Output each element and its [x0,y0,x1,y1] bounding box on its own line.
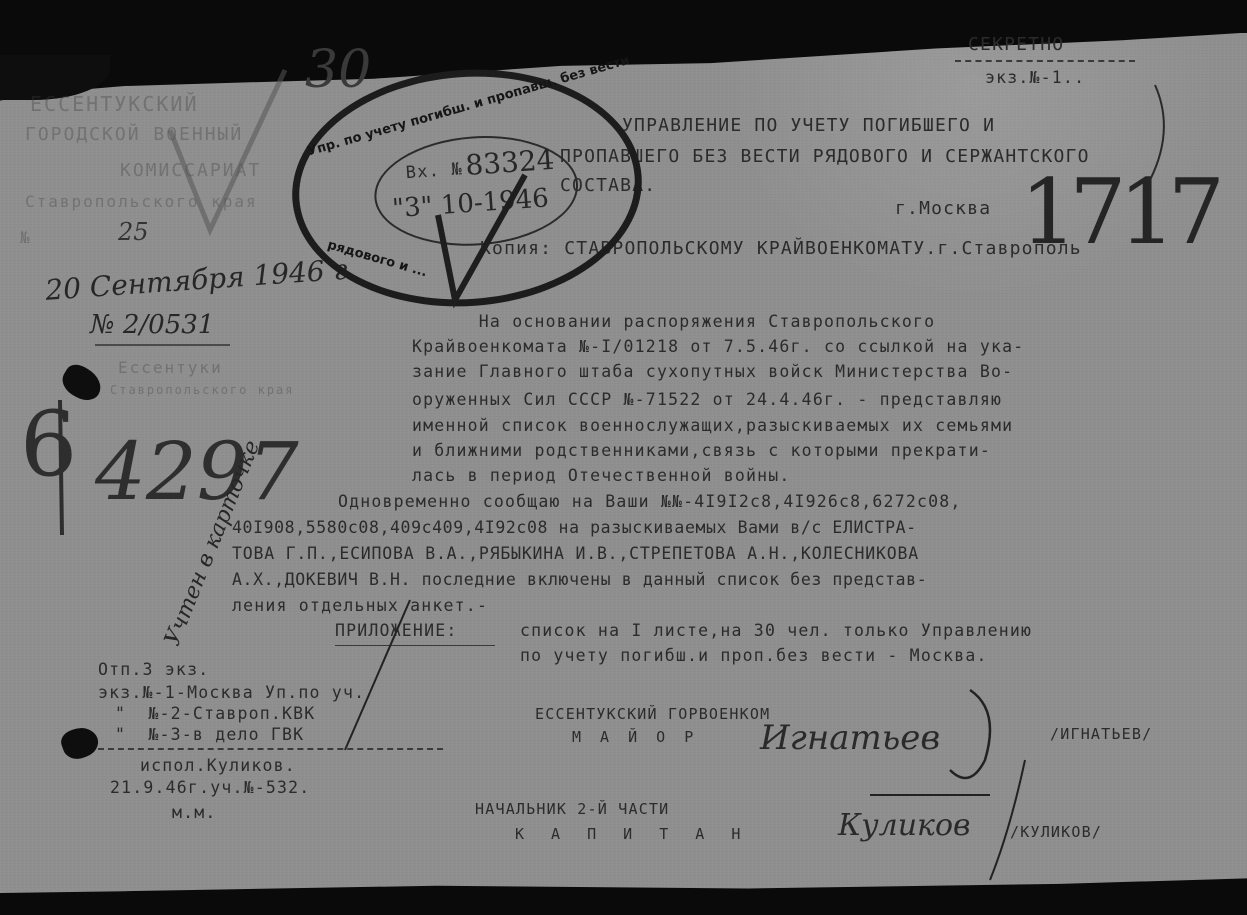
pen-marks [0,0,1247,915]
check-mark-icon [438,175,525,300]
check-mark-icon [170,70,285,230]
